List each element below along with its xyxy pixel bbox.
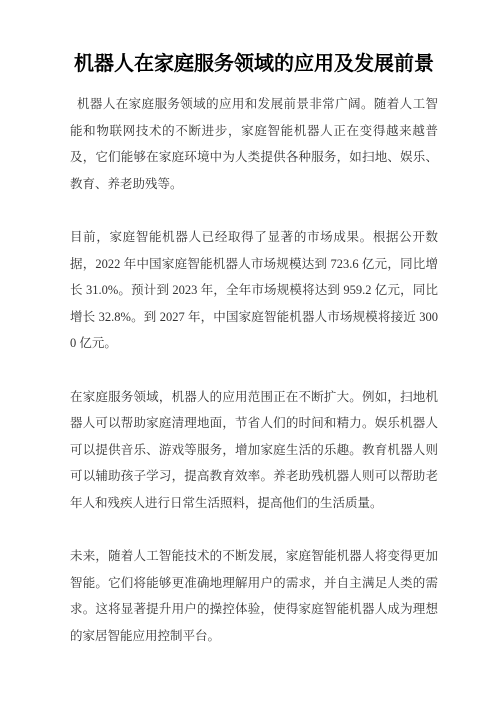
paragraph-market-data: 目前，家庭智能机器人已经取得了显著的市场成果。根据公开数据，2022 年中国家庭… [70,224,438,357]
document-page: 机器人在家庭服务领域的应用及发展前景 机器人在家庭服务领域的应用和发展前景非常广… [0,0,496,702]
document-title: 机器人在家庭服务领域的应用及发展前景 [70,50,438,78]
paragraph-future: 未来，随着人工智能技术的不断发展，家庭智能机器人将变得更加智能。它们将能够更准确… [70,543,438,649]
paragraph-intro: 机器人在家庭服务领域的应用和发展前景非常广阔。随着人工智能和物联网技术的不断进步… [70,91,438,197]
paragraph-applications: 在家庭服务领域，机器人的应用范围正在不断扩大。例如，扫地机器人可以帮助家庭清理地… [70,384,438,517]
